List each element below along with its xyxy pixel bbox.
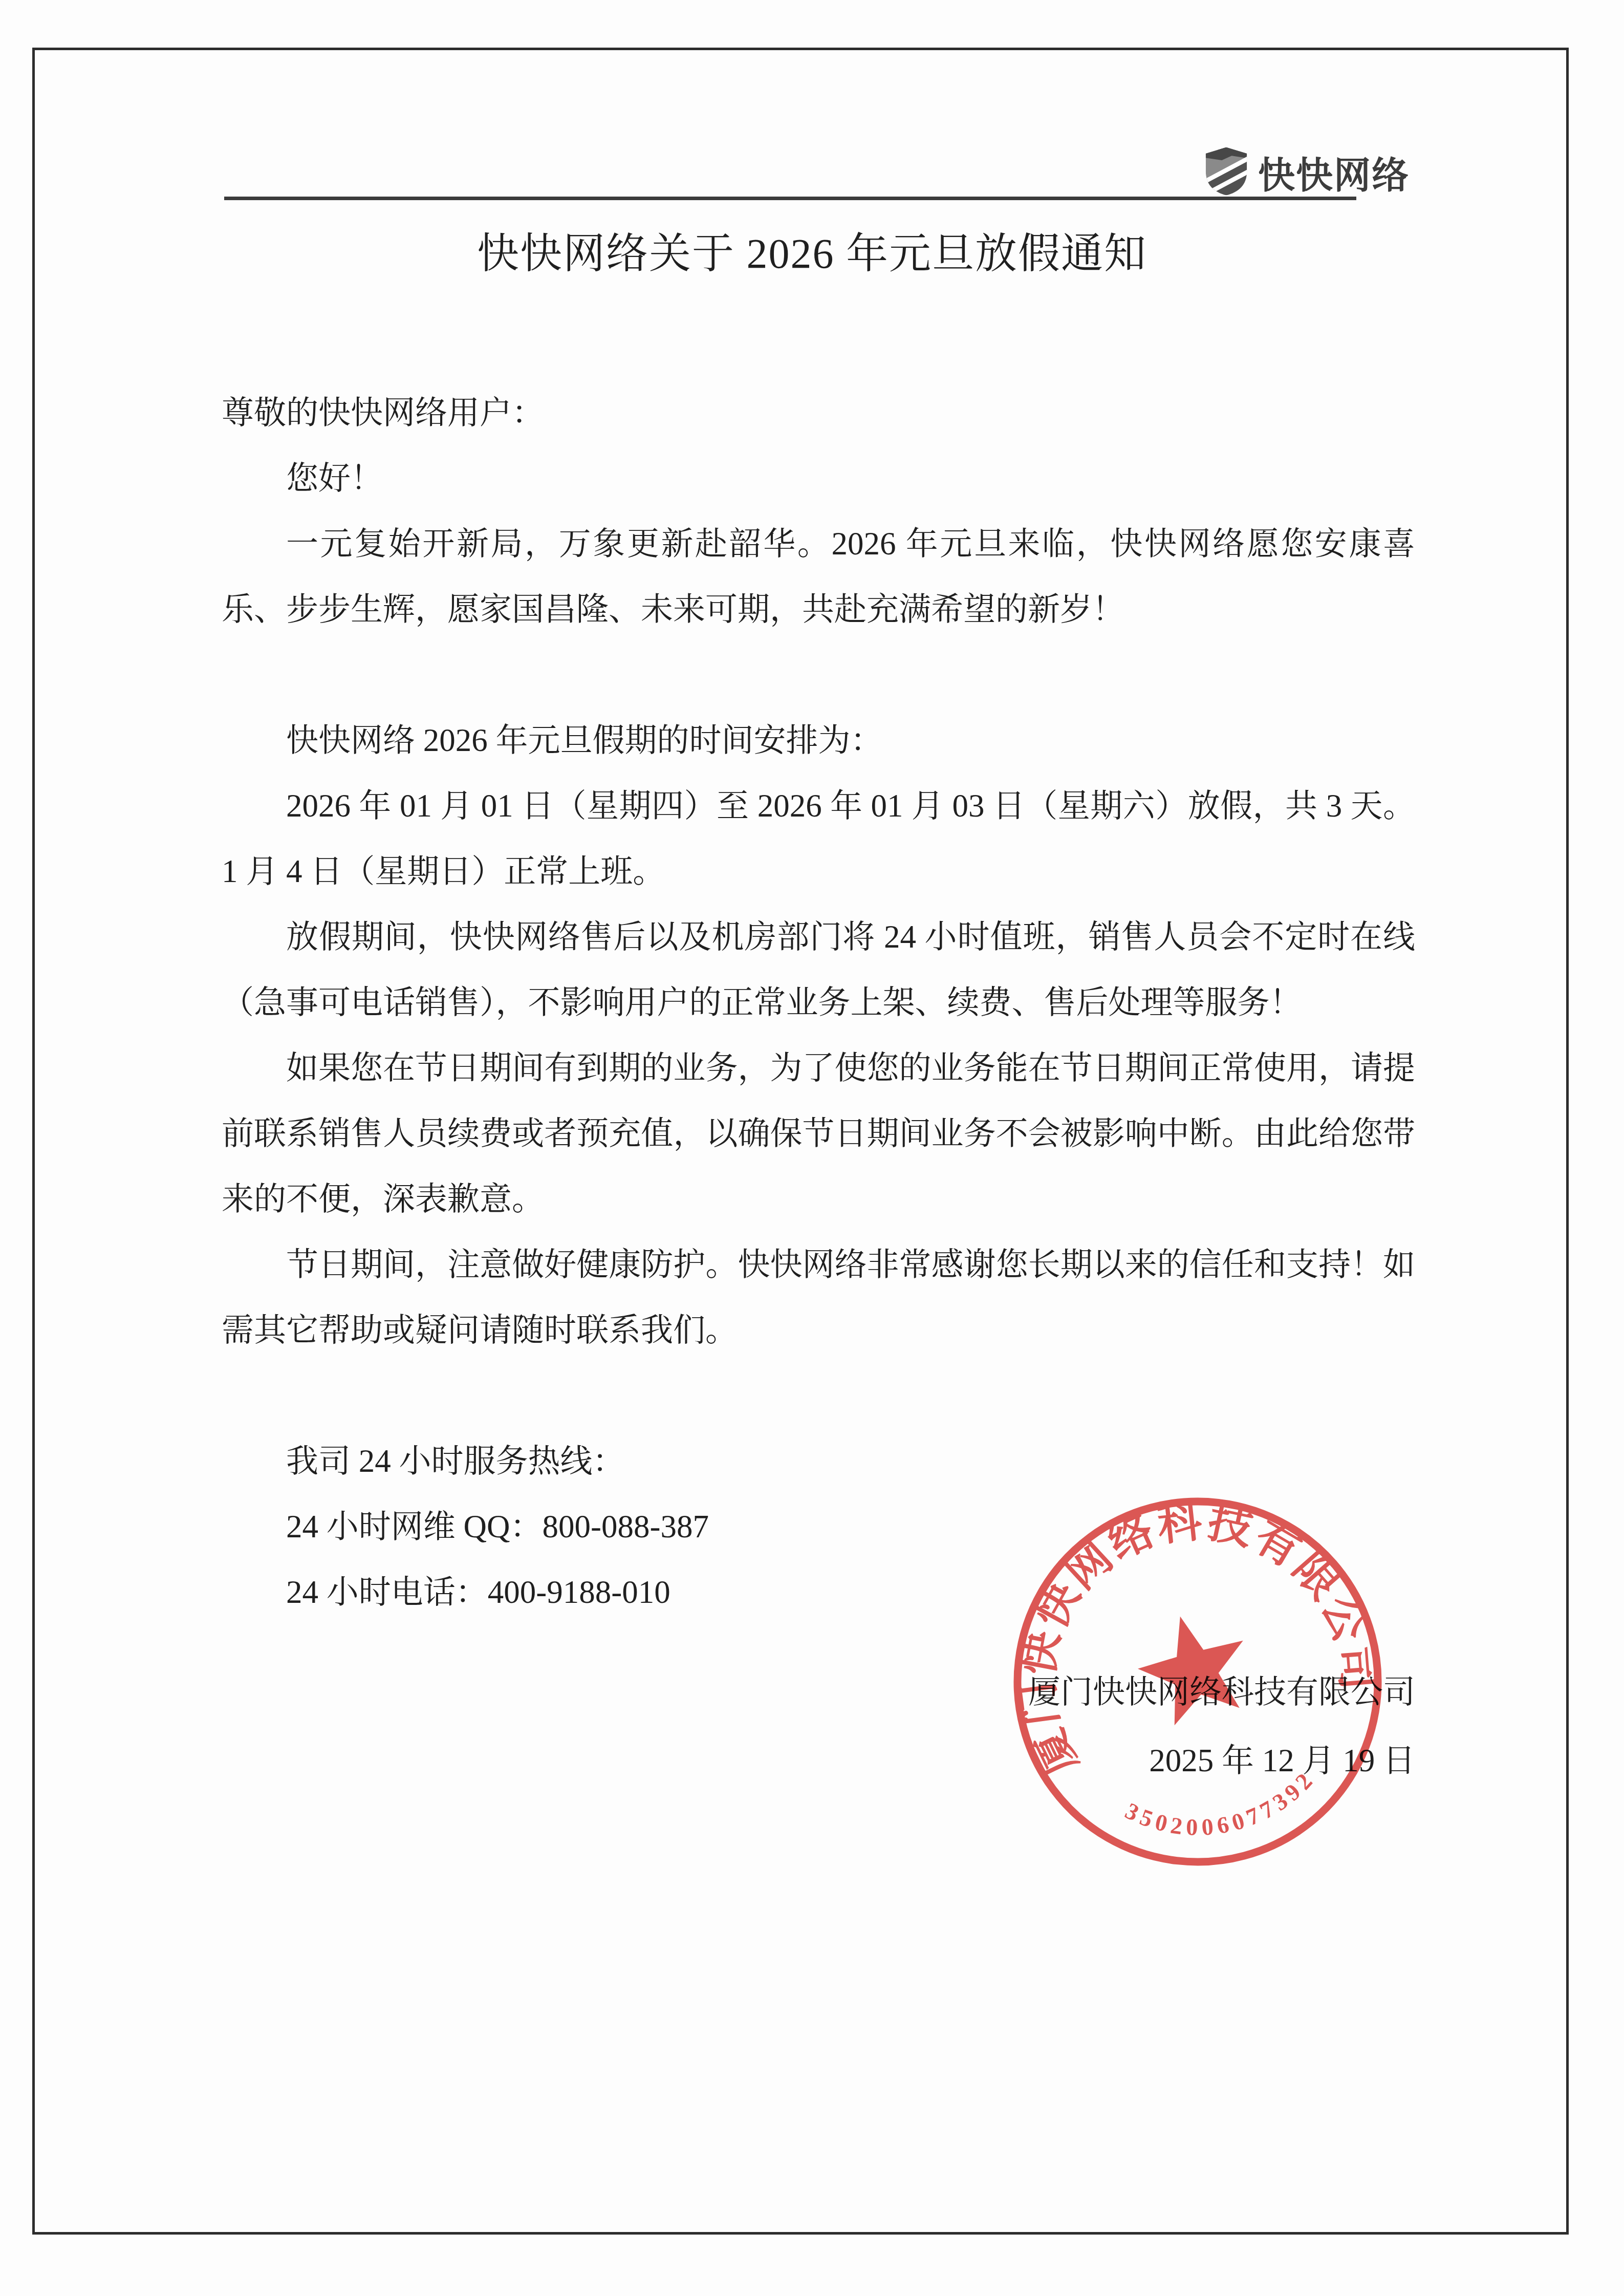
paragraph-schedule: 2026 年 01 月 01 日（星期四）至 2026 年 01 月 03 日（…	[222, 773, 1415, 904]
shield-icon	[1204, 146, 1249, 199]
blank-line	[222, 642, 1415, 707]
brand-name: 快快网络	[1258, 145, 1410, 199]
hotline-title: 我司 24 小时服务热线：	[222, 1428, 1415, 1494]
paragraph-renewal: 如果您在节日期间有到期的业务，为了使您的业务能在节日期间正常使用，请提前联系销售…	[222, 1035, 1415, 1232]
paragraph-blessing: 一元复始开新局，万象更新赴韶华。2026 年元旦来临，快快网络愿您安康喜乐、步步…	[222, 511, 1415, 642]
header-divider	[224, 197, 1356, 200]
blank-line	[222, 1363, 1415, 1428]
hotline-phone: 24 小时电话：400-9188-010	[222, 1559, 1415, 1625]
paragraph-duty: 放假期间，快快网络售后以及机房部门将 24 小时值班，销售人员会不定时在线（急事…	[222, 904, 1415, 1035]
paragraph-schedule-intro: 快快网络 2026 年元旦假期的时间安排为：	[222, 707, 1415, 773]
notice-document: 快快网络 快快网络关于 2026 年元旦放假通知 尊敬的快快网络用户： 您好！ …	[0, 0, 1624, 2296]
signature-block: 厦门快快网络科技有限公司 2025 年 12 月 19 日	[1028, 1658, 1415, 1795]
paragraph-thanks: 节日期间，注意做好健康防护。快快网络非常感谢您长期以来的信任和支持！如需其它帮助…	[222, 1232, 1415, 1363]
hotline-qq: 24 小时网维 QQ：800-088-387	[222, 1494, 1415, 1559]
salutation: 尊敬的快快网络用户：	[222, 380, 1415, 445]
signature-company: 厦门快快网络科技有限公司	[1028, 1658, 1415, 1726]
brand-logo: 快快网络	[1204, 145, 1410, 199]
notice-title: 快快网络关于 2026 年元旦放假通知	[0, 220, 1624, 280]
signature-date: 2025 年 12 月 19 日	[1028, 1726, 1415, 1795]
greeting: 您好！	[222, 445, 1415, 511]
notice-body: 尊敬的快快网络用户： 您好！ 一元复始开新局，万象更新赴韶华。2026 年元旦来…	[222, 380, 1415, 1625]
